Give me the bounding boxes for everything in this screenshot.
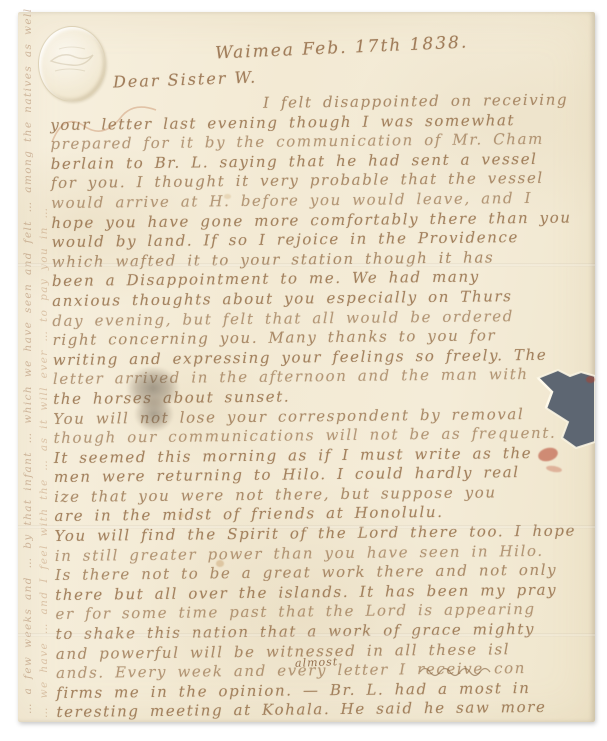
letter-dateline: Waimea Feb. 17th 1838.	[215, 32, 469, 63]
letter-line: I felt disappointed on receiving	[263, 90, 590, 113]
inserted-word-almost: almost	[295, 655, 339, 669]
age-spot	[216, 560, 224, 567]
wax-seal-residue	[586, 376, 595, 383]
letter-salutation: Dear Sister W.	[113, 67, 258, 91]
fold-crease	[18, 633, 595, 637]
letter-paper: Waimea Feb. 17th 1838. Dear Sister W. I …	[18, 12, 595, 722]
fold-crease	[18, 263, 595, 267]
margin-cross-writing: … a few weeks and … by that infant … whi…	[22, 74, 34, 714]
scanned-letter: Waimea Feb. 17th 1838. Dear Sister W. I …	[0, 0, 607, 741]
age-spot	[224, 194, 231, 199]
margin-cross-writing: … we have … and I feel with the … as it …	[38, 78, 50, 718]
torn-hole	[518, 364, 595, 458]
age-spot	[178, 512, 184, 518]
strikethrough-scribble	[418, 664, 502, 678]
ink-blot-stain	[122, 366, 186, 432]
fold-crease	[18, 525, 595, 529]
